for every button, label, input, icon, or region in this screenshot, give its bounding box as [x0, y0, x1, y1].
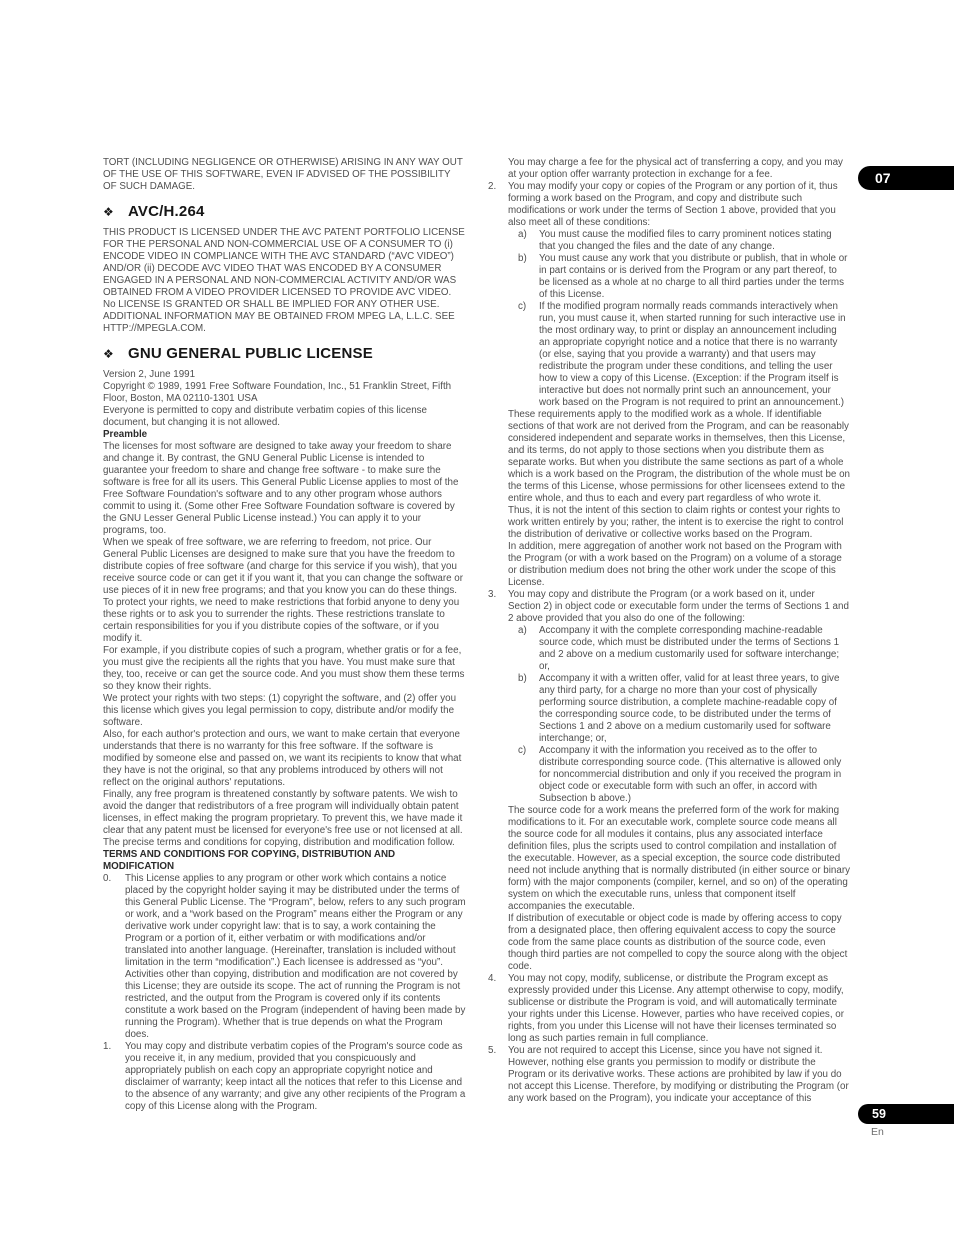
list-item-text: You may copy and distribute verbatim cop… — [125, 1041, 466, 1113]
sub-item-letter: a) — [518, 625, 539, 673]
paragraph: When we speak of free software, we are r… — [103, 537, 466, 597]
manual-page: TORT (INCLUDING NEGLIGENCE OR OTHERWISE)… — [0, 0, 954, 1244]
heading-text: AVC/H.264 — [128, 203, 205, 220]
list-item-number: 2. — [488, 181, 508, 229]
bold-heading: TERMS AND CONDITIONS FOR COPYING, DISTRI… — [103, 849, 466, 873]
heading-text: GNU GENERAL PUBLIC LICENSE — [128, 345, 373, 362]
list-continuation-paragraph: Thus, it is not the intent of this secti… — [508, 505, 850, 541]
list-item: 0.This License applies to any program or… — [103, 873, 466, 1041]
sub-item-letter: a) — [518, 229, 539, 253]
paragraph: TORT (INCLUDING NEGLIGENCE OR OTHERWISE)… — [103, 157, 466, 193]
list-item: 5.You are not required to accept this Li… — [488, 1045, 850, 1105]
paragraph: The precise terms and conditions for cop… — [103, 837, 466, 849]
list-item-number: 0. — [103, 873, 125, 1041]
sub-list-item: a)Accompany it with the complete corresp… — [518, 625, 850, 673]
paragraph: For example, if you distribute copies of… — [103, 645, 466, 693]
sub-item-text: You must cause the modified files to car… — [539, 229, 850, 253]
paragraph: We protect your rights with two steps: (… — [103, 693, 466, 729]
sub-item-letter: c) — [518, 745, 539, 805]
paragraph: Also, for each author's protection and o… — [103, 729, 466, 789]
list-item-number: 4. — [488, 973, 508, 1045]
sub-list-item: b)Accompany it with a written offer, val… — [518, 673, 850, 745]
sub-item-letter: b) — [518, 253, 539, 301]
list-item-text: You may copy and distribute the Program … — [508, 589, 850, 625]
sub-item-letter: c) — [518, 301, 539, 409]
heading-diamond-icon: ❖ — [103, 204, 128, 221]
chapter-tab: 07 — [858, 166, 954, 190]
list-item: 2.You may modify your copy or copies of … — [488, 181, 850, 229]
bold-heading: Preamble — [103, 429, 466, 441]
chapter-number: 07 — [875, 170, 891, 186]
sub-item-letter: b) — [518, 673, 539, 745]
paragraph: To protect your rights, we need to make … — [103, 597, 466, 645]
list-continuation-paragraph: You may charge a fee for the physical ac… — [508, 157, 850, 181]
page-number-tab: 59 — [858, 1104, 954, 1124]
sub-item-text: If the modified program normally reads c… — [539, 301, 850, 409]
paragraph: Everyone is permitted to copy and distri… — [103, 405, 466, 429]
heading-diamond-icon: ❖ — [103, 346, 128, 363]
list-item: 3.You may copy and distribute the Progra… — [488, 589, 850, 625]
list-item-text: You may modify your copy or copies of th… — [508, 181, 850, 229]
left-column: TORT (INCLUDING NEGLIGENCE OR OTHERWISE)… — [103, 157, 466, 1113]
paragraph: Finally, any free program is threatened … — [103, 789, 466, 837]
sub-item-text: You must cause any work that you distrib… — [539, 253, 850, 301]
sub-list-item: a)You must cause the modified files to c… — [518, 229, 850, 253]
list-continuation-paragraph: These requirements apply to the modified… — [508, 409, 850, 505]
sub-list-item: c)Accompany it with the information you … — [518, 745, 850, 805]
paragraph: Copyright © 1989, 1991 Free Software Fou… — [103, 381, 466, 405]
sub-item-text: Accompany it with the complete correspon… — [539, 625, 850, 673]
list-item: 4.You may not copy, modify, sublicense, … — [488, 973, 850, 1045]
list-item-text: You may not copy, modify, sublicense, or… — [508, 973, 850, 1045]
list-continuation-paragraph: In addition, mere aggregation of another… — [508, 541, 850, 589]
list-item: 1.You may copy and distribute verbatim c… — [103, 1041, 466, 1113]
list-item-text: This License applies to any program or o… — [125, 873, 466, 1041]
paragraph: THIS PRODUCT IS LICENSED UNDER THE AVC P… — [103, 227, 466, 335]
sub-item-text: Accompany it with the information you re… — [539, 745, 850, 805]
list-item-text: You are not required to accept this Lice… — [508, 1045, 850, 1105]
list-continuation-paragraph: The source code for a work means the pre… — [508, 805, 850, 913]
list-item-number: 3. — [488, 589, 508, 625]
list-item-number: 5. — [488, 1045, 508, 1105]
page-number: 59 — [872, 1107, 886, 1121]
section-heading: ❖GNU GENERAL PUBLIC LICENSE — [103, 345, 466, 363]
paragraph: Version 2, June 1991 — [103, 369, 466, 381]
sub-list-item: c)If the modified program normally reads… — [518, 301, 850, 409]
sub-list-item: b)You must cause any work that you distr… — [518, 253, 850, 301]
list-item-number: 1. — [103, 1041, 125, 1113]
paragraph: The licenses for most software are desig… — [103, 441, 466, 537]
right-column: You may charge a fee for the physical ac… — [488, 157, 850, 1105]
section-heading: ❖AVC/H.264 — [103, 203, 466, 221]
sub-item-text: Accompany it with a written offer, valid… — [539, 673, 850, 745]
list-continuation-paragraph: If distribution of executable or object … — [508, 913, 850, 973]
language-label: En — [871, 1126, 884, 1138]
